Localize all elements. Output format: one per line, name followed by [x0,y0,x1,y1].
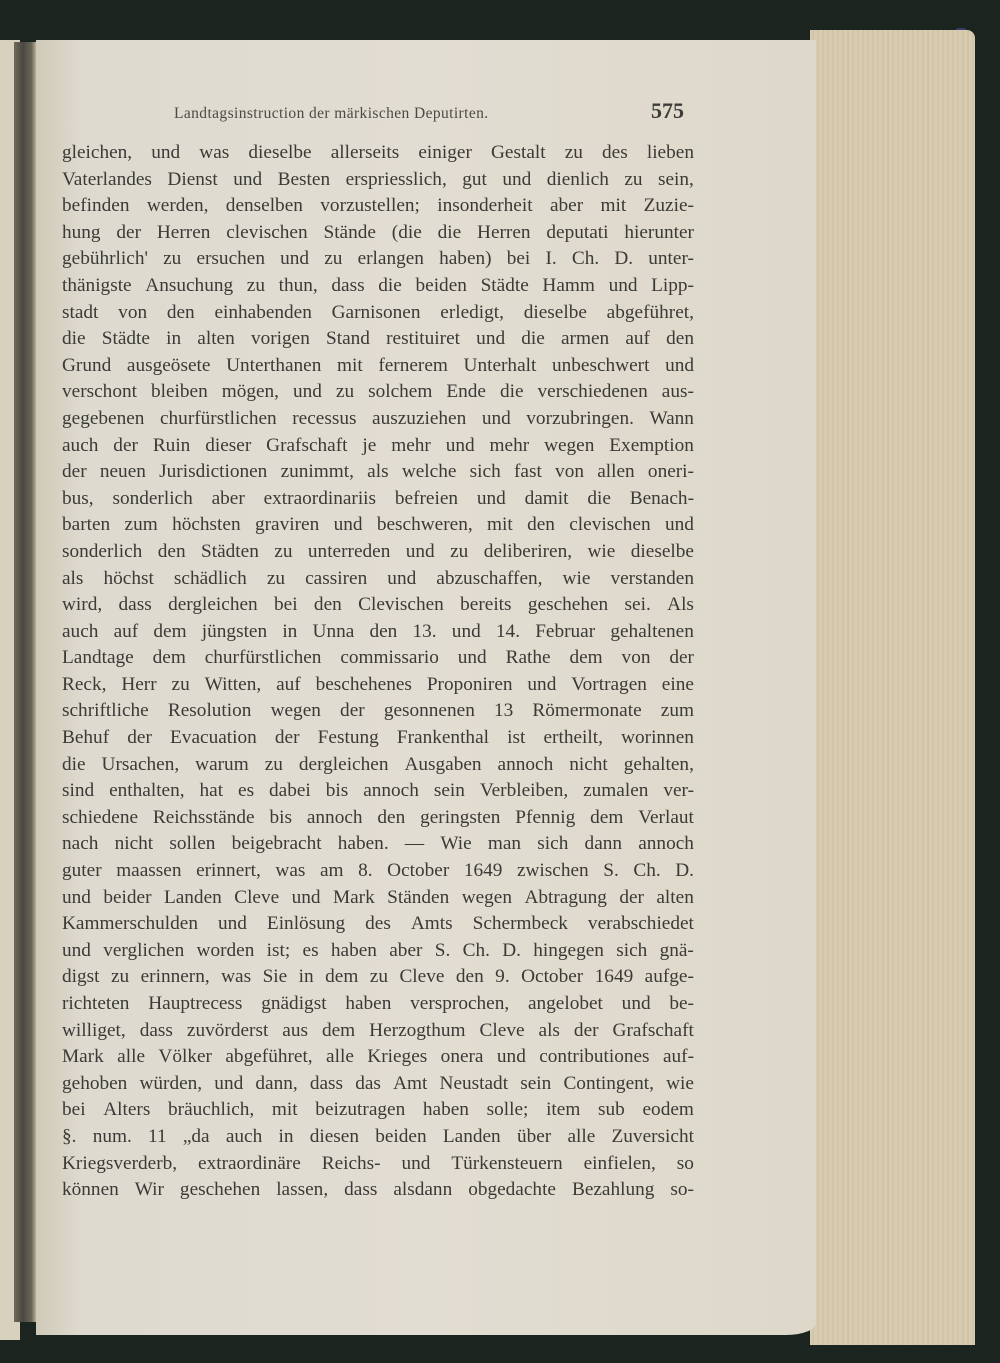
text-line: dieStädteinaltenvorigenStandrestituiretu… [62,326,694,353]
text-line: befindenwerden,denselbenvorzustellen;ins… [62,193,694,220]
text-line: undverglichenwordenist;eshabenaberS.Ch.D… [62,938,694,965]
text-line: BehufderEvacuationderFestungFrankenthali… [62,725,694,752]
text-line: KammerschuldenundEinlösungdesAmtsSchermb… [62,911,694,938]
text-line: könnenWirgeschehenlassen,dassalsdannobge… [62,1177,694,1204]
text-line: VaterlandesDienstundBestenerspriesslich,… [62,167,694,194]
text-line: verschontbleibenmögen,undzusolchemEndedi… [62,379,694,406]
text-line: gebührlich'zuersuchenundzuerlangenhaben)… [62,246,694,273]
text-line: alshöchstschädlichzucassirenundabzuschaf… [62,566,694,593]
text-line: gehobenwürden,unddann,dassdasAmtNeustadt… [62,1071,694,1098]
text-line: Landtagedemchurfürstlichencommissariound… [62,645,694,672]
book-gutter [14,42,36,1322]
running-head: Landtagsinstruction der märkischen Deput… [174,98,684,124]
text-line: digstzuerinnern,wasSieindemzuCleveden9.O… [62,964,694,991]
body-text: gleichen,undwasdieselbeallerseitseiniger… [62,140,694,1204]
text-line: beiAltersbräuchlich,mitbeizutragenhabens… [62,1097,694,1124]
text-line: gutermaassenerinnert,wasam8.October1649z… [62,858,694,885]
text-line: undbeiderLandenCleveundMarkStändenwegenA… [62,885,694,912]
text-line: schriftlicheResolutionwegendergesonnenen… [62,698,694,725]
text-line: hungderHerrenclevischenStände(diedieHerr… [62,220,694,247]
text-line: gegebenenchurfürstlichenrecessusauszuzie… [62,406,694,433]
text-line: derneuenJurisdictionenzunimmt,alswelches… [62,459,694,486]
text-line: nachnichtsollenbeigebrachthaben.—Wiemans… [62,831,694,858]
page-block-edges [810,30,975,1345]
text-line: richtetenHauptrecessgnädigsthabenverspro… [62,991,694,1018]
text-line: sindenthalten,hatesdabeibisannochseinVer… [62,778,694,805]
text-line: auchderRuindieserGrafschaftjemehrundmehr… [62,433,694,460]
page-number: 575 [651,98,684,124]
text-line: bartenzumhöchstengravirenundbeschweren,m… [62,512,694,539]
text-line: wird,dassdergleichenbeidenClevischenbere… [62,592,694,619]
text-line: dieUrsachen,warumzudergleichenAusgabenan… [62,752,694,779]
text-line: Reck,HerrzuWitten,aufbeschehenesProponir… [62,672,694,699]
text-line: thänigsteAnsuchungzuthun,dassdiebeidenSt… [62,273,694,300]
text-line: gleichen,undwasdieselbeallerseitseiniger… [62,140,694,167]
text-line: Kriegsverderb,extraordinäreReichs-undTür… [62,1151,694,1178]
text-line: williget,dasszuvörderstausdemHerzogthumC… [62,1018,694,1045]
text-line: stadtvondeneinhabendenGarnisonenerledigt… [62,300,694,327]
text-line: schiedeneReichsständebisannochdengerings… [62,805,694,832]
text-line: sonderlichdenStädtenzuunterredenundzudel… [62,539,694,566]
text-line: MarkalleVölkerabgeführet,alleKriegesoner… [62,1044,694,1071]
text-line: §.num.11„daauchindiesenbeidenLandenübera… [62,1124,694,1151]
text-line: bus,sonderlichaberextraordinariisbefreie… [62,486,694,513]
text-line: GrundausgeöseteUnterthanenmitferneremUnt… [62,353,694,380]
text-line: auchaufdemjüngsteninUnnaden13.und14.Febr… [62,619,694,646]
running-title: Landtagsinstruction der märkischen Deput… [174,105,489,123]
